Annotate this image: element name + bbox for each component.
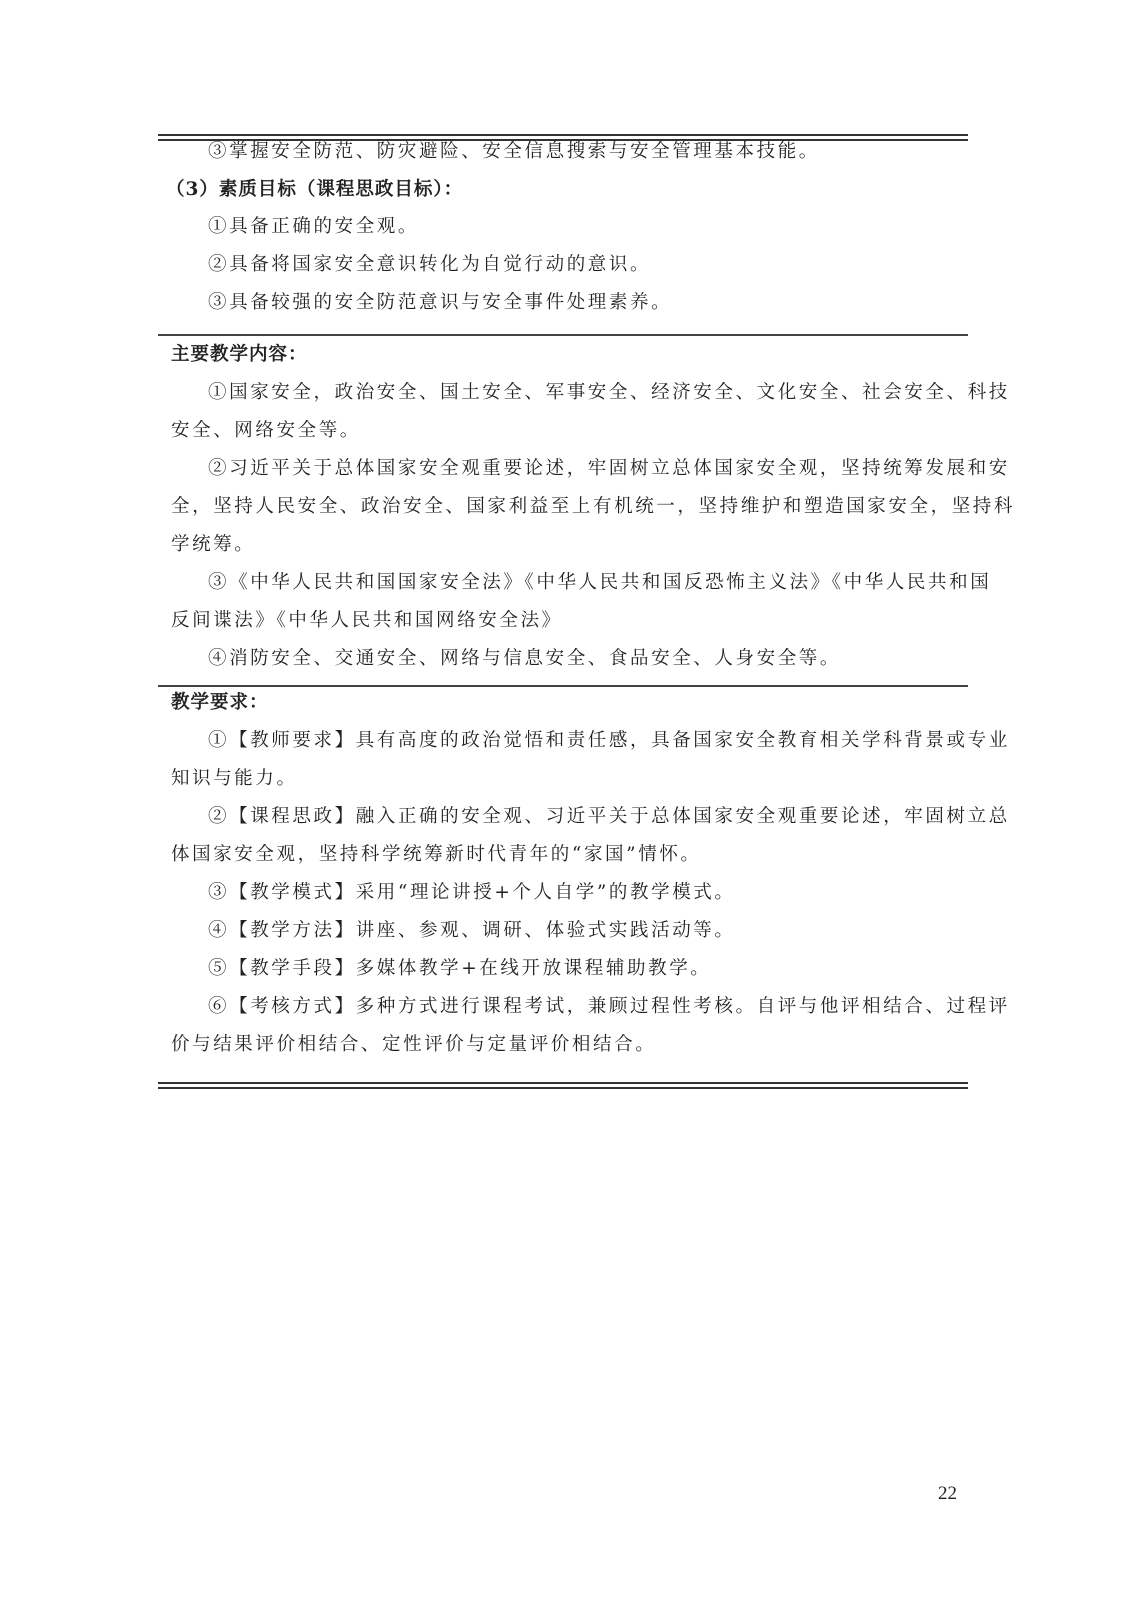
main-content-heading: 主要教学内容： [171, 341, 961, 369]
quality-objective-item-1: ①具备正确的安全观。 [208, 213, 998, 241]
quality-objectives-heading: （3）素质目标（课程思政目标）： [166, 176, 956, 204]
teaching-requirement-line: ④【教学方法】讲座、参观、调研、体验式实践活动等。 [208, 917, 998, 945]
main-content-line: 反间谍法》《中华人民共和国网络安全法》 [171, 607, 961, 635]
document-page: ③掌握安全防范、防灾避险、安全信息搜索与安全管理基本技能。 （3）素质目标（课程… [0, 0, 1131, 1600]
main-content-line: ③《中华人民共和国国家安全法》《中华人民共和国反恐怖主义法》《中华人民共和国 [208, 569, 998, 597]
teaching-requirement-line: ③【教学模式】采用“理论讲授+个人自学”的教学模式。 [208, 879, 998, 907]
main-content-line: 学统筹。 [171, 531, 961, 559]
main-content-line: ④消防安全、交通安全、网络与信息安全、食品安全、人身安全等。 [208, 645, 998, 673]
teaching-requirement-line: ⑥【考核方式】多种方式进行课程考试，兼顾过程性考核。自评与他评相结合、过程评 [208, 993, 998, 1021]
page-number: 22 [938, 1483, 957, 1505]
section-divider [158, 685, 968, 687]
teaching-requirement-line: ①【教师要求】具有高度的政治觉悟和责任感，具备国家安全教育相关学科背景或专业 [208, 727, 998, 755]
quality-objective-item-2: ②具备将国家安全意识转化为自觉行动的意识。 [208, 251, 998, 279]
teaching-requirements-heading: 教学要求： [171, 689, 961, 717]
section-divider [158, 334, 968, 336]
table-bottom-double-rule [158, 1082, 968, 1089]
teaching-requirement-line: 知识与能力。 [171, 765, 961, 793]
main-content-line: ②习近平关于总体国家安全观重要论述，牢固树立总体国家安全观，坚持统筹发展和安 [208, 455, 998, 483]
skill-objective-item-3: ③掌握安全防范、防灾避险、安全信息搜索与安全管理基本技能。 [208, 138, 998, 166]
main-content-line: 安全、网络安全等。 [171, 417, 961, 445]
teaching-requirement-line: 体国家安全观，坚持科学统筹新时代青年的“家国”情怀。 [171, 841, 961, 869]
teaching-requirement-line: ②【课程思政】融入正确的安全观、习近平关于总体国家安全观重要论述，牢固树立总 [208, 803, 998, 831]
teaching-requirement-line: ⑤【教学手段】多媒体教学+在线开放课程辅助教学。 [208, 955, 998, 983]
main-content-line: 全，坚持人民安全、政治安全、国家利益至上有机统一，坚持维护和塑造国家安全，坚持科 [171, 493, 961, 521]
quality-objective-item-3: ③具备较强的安全防范意识与安全事件处理素养。 [208, 289, 998, 317]
main-content-line: ①国家安全，政治安全、国土安全、军事安全、经济安全、文化安全、社会安全、科技 [208, 379, 998, 407]
teaching-requirement-line: 价与结果评价相结合、定性评价与定量评价相结合。 [171, 1031, 961, 1059]
